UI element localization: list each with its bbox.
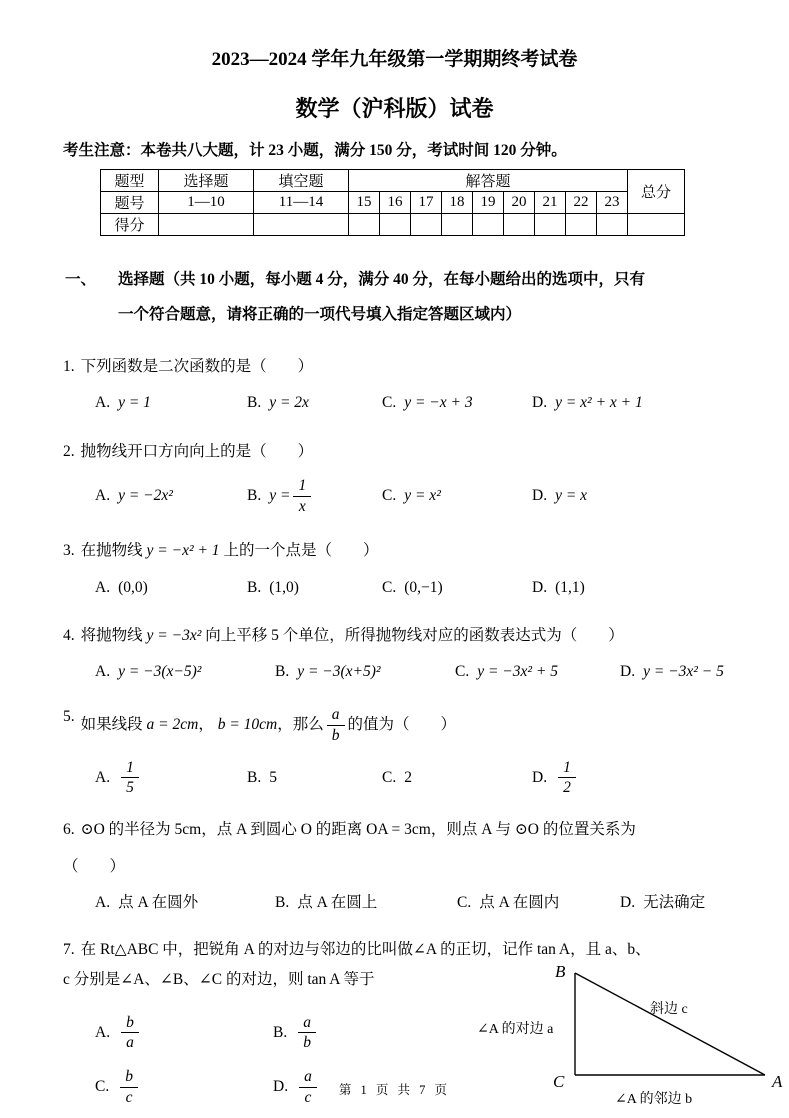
score-cell-empty bbox=[473, 214, 504, 236]
question-number: 7. bbox=[63, 939, 81, 961]
score-cell-choice: 选择题 bbox=[159, 170, 254, 192]
score-cell-empty bbox=[159, 214, 254, 236]
score-cell-blank: 填空题 bbox=[254, 170, 349, 192]
q6-option-d: D.无法确定 bbox=[620, 892, 705, 914]
score-cell-empty bbox=[349, 214, 380, 236]
score-cell-q19: 19 bbox=[473, 192, 504, 214]
vertex-b-label: B bbox=[555, 962, 566, 981]
fraction: 15 bbox=[121, 759, 139, 798]
question-7-text-line2: c 分别是∠A、∠B、∠C 的对边，则 tan A 等于 bbox=[63, 969, 475, 991]
score-cell-score-label: 得分 bbox=[101, 214, 159, 236]
fraction: 12 bbox=[558, 759, 576, 798]
question-5-options: A.15 B.5 C.2 D.12 bbox=[95, 759, 789, 798]
question-1: 1. 下列函数是二次函数的是（ ） A.y = 1 B.y = 2x C.y =… bbox=[63, 356, 789, 415]
q4-option-a: A.y = −3(x−5)² bbox=[95, 661, 275, 683]
question-4-options: A.y = −3(x−5)² B.y = −3(x+5)² C.y = −3x²… bbox=[95, 661, 789, 683]
exam-notice: 考生注意：本卷共八大题，计 23 小题，满分 150 分，考试时间 120 分钟… bbox=[63, 138, 789, 160]
q1-option-c: C.y = −x + 3 bbox=[382, 392, 532, 414]
q5-option-a: A.15 bbox=[95, 759, 247, 798]
question-6-answer-parens: （ ） bbox=[63, 856, 789, 878]
fraction: ba bbox=[121, 1014, 139, 1053]
q2-option-c: C.y = x² bbox=[382, 485, 532, 507]
question-number: 1. bbox=[63, 356, 81, 378]
q4-option-b: B.y = −3(x+5)² bbox=[275, 661, 455, 683]
score-cell-type-label: 题型 bbox=[101, 170, 159, 192]
question-2: 2. 抛物线开口方向向上的是（ ） A.y = −2x² B.y =1x C.y… bbox=[63, 441, 789, 516]
q6-option-c: C.点 A 在圆内 bbox=[457, 892, 620, 914]
q1-option-b: B.y = 2x bbox=[247, 392, 382, 414]
score-cell-number-label: 题号 bbox=[101, 192, 159, 214]
q5-option-d: D.12 bbox=[532, 759, 579, 798]
question-4-text: 4. 将抛物线 y = −3x² 向上平移 5 个单位，所得抛物线对应的函数表达… bbox=[63, 625, 789, 647]
q5-option-b: B.5 bbox=[247, 767, 382, 789]
score-cell-q22: 22 bbox=[566, 192, 597, 214]
q2-option-a: A.y = −2x² bbox=[95, 485, 247, 507]
score-cell-empty bbox=[628, 214, 685, 236]
hypotenuse-label: 斜边 c bbox=[650, 1001, 688, 1017]
score-table-row-type: 题型 选择题 填空题 解答题 总分 bbox=[101, 170, 685, 192]
q4-option-c: C.y = −3x² + 5 bbox=[455, 661, 620, 683]
score-cell-empty bbox=[442, 214, 473, 236]
question-4: 4. 将抛物线 y = −3x² 向上平移 5 个单位，所得抛物线对应的函数表达… bbox=[63, 625, 789, 684]
page-title: 2023—2024 学年九年级第一学期期终考试卷 bbox=[0, 0, 789, 71]
q6-option-a: A.点 A 在圆外 bbox=[95, 892, 275, 914]
section1-text: 选择题（共 10 小题，每小题 4 分，满分 40 分，在每小题给出的选项中，只… bbox=[118, 262, 789, 332]
fraction: ab bbox=[298, 1014, 316, 1053]
score-cell-empty bbox=[535, 214, 566, 236]
page-subtitle: 数学（沪科版）试卷 bbox=[0, 92, 789, 123]
score-table-row-number: 题号 1—10 11—14 15 16 17 18 19 20 21 22 23 bbox=[101, 192, 685, 214]
question-6-text: 6. ⊙O 的半径为 5cm，点 A 到圆心 O 的距离 OA = 3cm，则点… bbox=[63, 819, 789, 841]
section1-line2: 一个符合题意，请将正确的一项代号填入指定答题区域内） bbox=[118, 297, 789, 332]
score-cell-solution: 解答题 bbox=[349, 170, 628, 192]
question-1-options: A.y = 1 B.y = 2x C.y = −x + 3 D.y = x² +… bbox=[95, 392, 789, 414]
score-cell-choice-range: 1—10 bbox=[159, 192, 254, 214]
q1-option-a: A.y = 1 bbox=[95, 392, 247, 414]
score-cell-q16: 16 bbox=[380, 192, 411, 214]
score-cell-empty bbox=[566, 214, 597, 236]
question-5: 5. 如果线段 a = 2cm， b = 10cm，那么ab的值为（ ） A.1… bbox=[63, 706, 789, 797]
section1-line1: 选择题（共 10 小题，每小题 4 分，满分 40 分，在每小题给出的选项中，只… bbox=[118, 262, 789, 297]
section1-heading: 一、 选择题（共 10 小题，每小题 4 分，满分 40 分，在每小题给出的选项… bbox=[65, 262, 789, 332]
section1-number: 一、 bbox=[65, 262, 118, 332]
q3-option-b: B.(1,0) bbox=[247, 577, 382, 599]
score-cell-q21: 21 bbox=[535, 192, 566, 214]
question-3-options: A.(0,0) B.(1,0) C.(0,−1) D.(1,1) bbox=[95, 577, 789, 599]
score-cell-total: 总分 bbox=[628, 170, 685, 214]
question-number: 2. bbox=[63, 441, 81, 463]
question-5-text: 5. 如果线段 a = 2cm， b = 10cm，那么ab的值为（ ） bbox=[63, 706, 789, 745]
q4-option-d: D.y = −3x² − 5 bbox=[620, 661, 724, 683]
question-2-text: 2. 抛物线开口方向向上的是（ ） bbox=[63, 441, 789, 463]
q2-option-d: D.y = x bbox=[532, 485, 587, 507]
question-2-options: A.y = −2x² B.y =1x C.y = x² D.y = x bbox=[95, 477, 789, 516]
q3-option-a: A.(0,0) bbox=[95, 577, 247, 599]
score-cell-q20: 20 bbox=[504, 192, 535, 214]
score-table: 题型 选择题 填空题 解答题 总分 题号 1—10 11—14 15 16 17… bbox=[100, 169, 685, 236]
score-cell-empty bbox=[380, 214, 411, 236]
question-number: 3. bbox=[63, 540, 81, 562]
q3-option-c: C.(0,−1) bbox=[382, 577, 532, 599]
score-cell-empty bbox=[504, 214, 535, 236]
question-number: 4. bbox=[63, 625, 81, 647]
q6-option-b: B.点 A 在圆上 bbox=[275, 892, 457, 914]
q3-option-d: D.(1,1) bbox=[532, 577, 585, 599]
score-cell-q18: 18 bbox=[442, 192, 473, 214]
question-3-text: 3. 在抛物线 y = −x² + 1 上的一个点是（ ） bbox=[63, 540, 789, 562]
score-cell-blank-range: 11—14 bbox=[254, 192, 349, 214]
score-cell-q15: 15 bbox=[349, 192, 380, 214]
score-cell-empty bbox=[254, 214, 349, 236]
q7-option-a: A.ba bbox=[95, 1014, 273, 1053]
question-6-options: A.点 A 在圆外 B.点 A 在圆上 C.点 A 在圆内 D.无法确定 bbox=[95, 892, 789, 914]
score-table-row-score: 得分 bbox=[101, 214, 685, 236]
question-number: 5. bbox=[63, 706, 81, 745]
score-cell-empty bbox=[597, 214, 628, 236]
exam-paper-page: 2023—2024 学年九年级第一学期期终考试卷 数学（沪科版）试卷 考生注意：… bbox=[0, 0, 789, 1118]
question-1-text: 1. 下列函数是二次函数的是（ ） bbox=[63, 356, 789, 378]
question-number: 6. bbox=[63, 819, 81, 841]
q7-option-b: B.ab bbox=[273, 1014, 451, 1053]
question-3: 3. 在抛物线 y = −x² + 1 上的一个点是（ ） A.(0,0) B.… bbox=[63, 540, 789, 599]
fraction: 1x bbox=[293, 477, 311, 516]
score-cell-empty bbox=[411, 214, 442, 236]
q1-option-d: D.y = x² + x + 1 bbox=[532, 392, 643, 414]
score-cell-q23: 23 bbox=[597, 192, 628, 214]
q5-option-c: C.2 bbox=[382, 767, 532, 789]
opposite-side-label: ∠A 的对边 a bbox=[477, 1021, 554, 1037]
q2-option-b: B.y =1x bbox=[247, 477, 382, 516]
fraction: ab bbox=[327, 706, 345, 745]
page-number-footer: 第 1 页 共 7 页 bbox=[0, 1080, 789, 1098]
question-6: 6. ⊙O 的半径为 5cm，点 A 到圆心 O 的距离 OA = 3cm，则点… bbox=[63, 819, 789, 914]
score-cell-q17: 17 bbox=[411, 192, 442, 214]
